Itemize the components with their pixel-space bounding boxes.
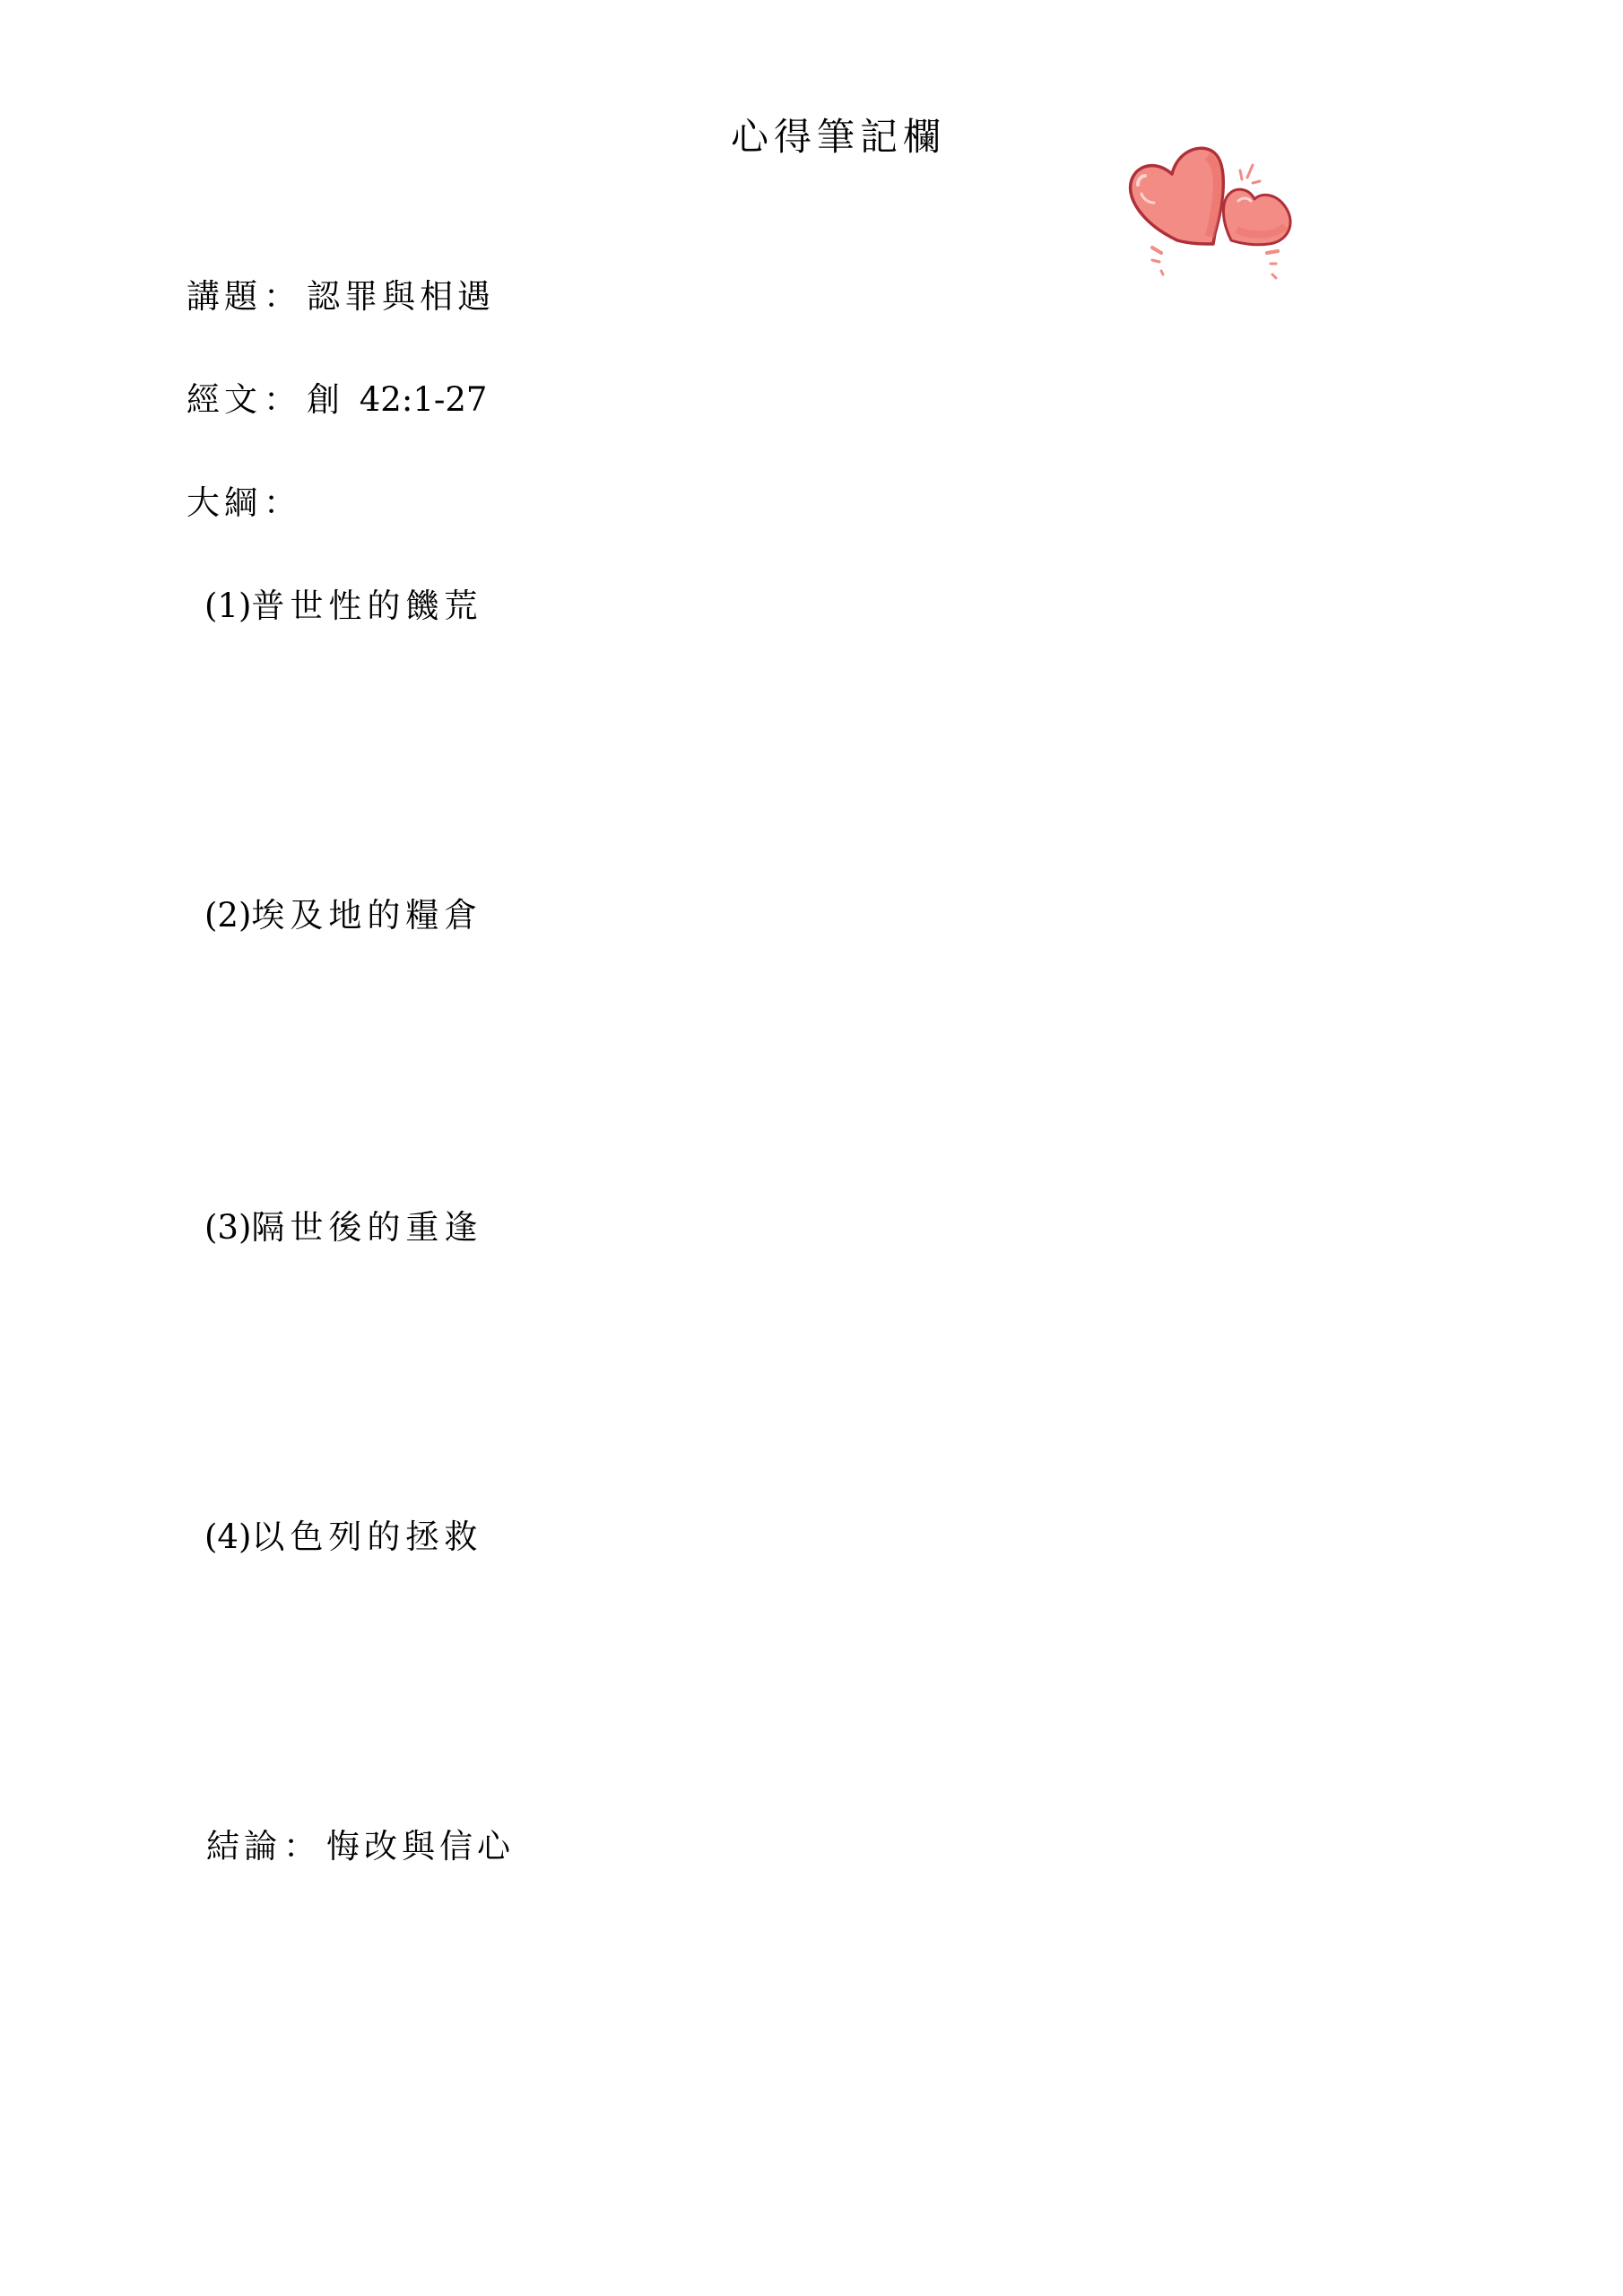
outline-heading: 大綱： <box>187 475 307 524</box>
conclusion-value: 悔改與信心 <box>326 1827 515 1865</box>
outline-item-text: 隔世後的重逢 <box>251 1208 482 1247</box>
scripture-line: 經文：創 42:1-27 <box>187 372 487 421</box>
outline-item: (2)埃及地的糧倉 <box>204 888 482 936</box>
outline-item-text: 普世性的饑荒 <box>251 587 482 625</box>
outline-item-text: 以色列的拯救 <box>251 1518 482 1556</box>
conclusion-line: 結論：悔改與信心 <box>206 1819 515 1867</box>
scripture-label: 經文 <box>187 372 262 421</box>
topic-line: 講題：認罪與相遇 <box>187 269 495 317</box>
outline-item-number: (1) <box>204 587 251 625</box>
outline-item-number: (4) <box>204 1518 251 1556</box>
two-hearts-icon <box>1125 143 1305 287</box>
outline-item-number: (2) <box>204 896 251 935</box>
outline-item-number: (3) <box>204 1208 251 1247</box>
outline-item: (3)隔世後的重逢 <box>204 1200 482 1248</box>
outline-item-text: 埃及地的糧倉 <box>251 896 482 935</box>
scripture-reference: 42:1-27 <box>360 380 488 419</box>
conclusion-label: 結論 <box>206 1819 282 1867</box>
scripture-book: 創 <box>307 380 344 419</box>
outline-label: 大綱 <box>187 475 262 524</box>
conclusion-separator: ： <box>283 1819 321 1867</box>
notes-page: 心得筆記欄 講題：認罪與相遇 經文：創 42:1-27 <box>0 0 1623 2296</box>
outline-separator: ： <box>264 475 301 524</box>
topic-separator: ： <box>264 269 301 317</box>
topic-label: 講題 <box>187 269 262 317</box>
outline-item: (1)普世性的饑荒 <box>204 578 482 627</box>
topic-value: 認罪與相遇 <box>307 277 495 316</box>
page-title: 心得筆記欄 <box>731 108 946 161</box>
scripture-separator: ： <box>264 372 301 421</box>
outline-item: (4)以色列的拯救 <box>204 1509 482 1558</box>
